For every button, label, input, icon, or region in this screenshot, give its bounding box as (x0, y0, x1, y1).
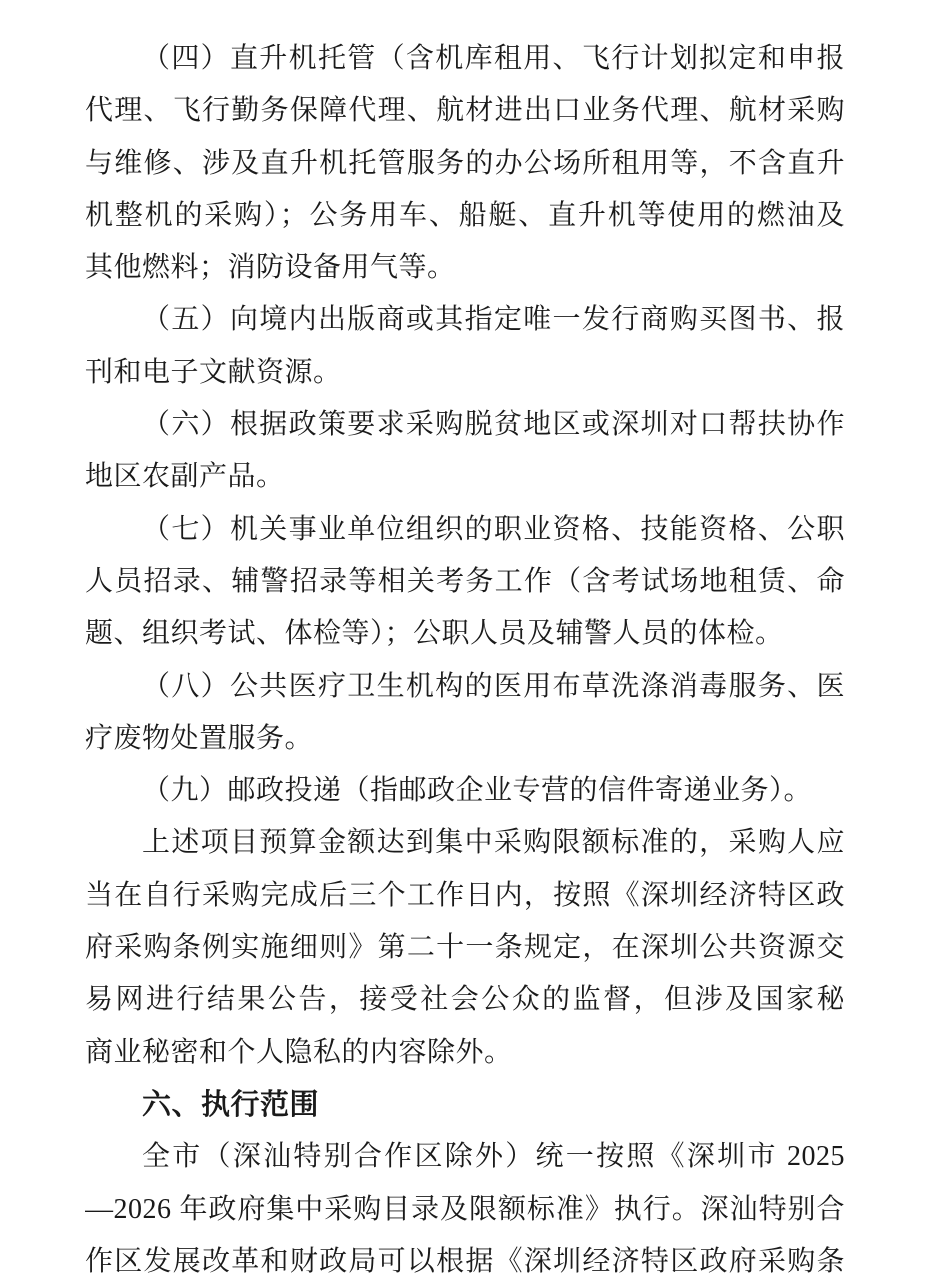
paragraph-line: （六）根据政策要求采购脱贫地区或深圳对口帮扶协作 (85, 399, 845, 451)
paragraph-line: （七）机关事业单位组织的职业资格、技能资格、公职 (85, 504, 845, 556)
paragraph-line: 地区农副产品。 (85, 451, 845, 503)
paragraph-line: 人员招录、辅警招录等相关考务工作（含考试场地租赁、命 (85, 556, 845, 608)
paragraph-line: 刊和电子文献资源。 (85, 347, 845, 399)
paragraph-line: 题、组织考试、体检等）；公职人员及辅警人员的体检。 (85, 608, 845, 660)
paragraph-line: 疗废物处置服务。 (85, 713, 845, 765)
paragraph-line: —2026 年政府集中采购目录及限额标准》执行。深汕特别合 (85, 1184, 845, 1236)
paragraph-line: 与维修、涉及直升机托管服务的办公场所租用等，不含直升 (85, 138, 845, 190)
document-body: （四）直升机托管（含机库租用、飞行计划拟定和申报 代理、飞行勤务保障代理、航材进… (85, 33, 845, 1285)
paragraph-line: （四）直升机托管（含机库租用、飞行计划拟定和申报 (85, 33, 845, 85)
paragraph-line: 机整机的采购）；公务用车、船艇、直升机等使用的燃油及 (85, 190, 845, 242)
paragraph-line: 全市（深汕特别合作区除外）统一按照《深圳市 2025 (85, 1131, 845, 1183)
document-page: （四）直升机托管（含机库租用、飞行计划拟定和申报 代理、飞行勤务保障代理、航材进… (0, 0, 927, 1285)
paragraph-line: 商业秘密和个人隐私的内容除外。 (85, 1027, 845, 1079)
paragraph-line: （八）公共医疗卫生机构的医用布草洗涤消毒服务、医 (85, 661, 845, 713)
section-heading: 六、执行范围 (85, 1079, 845, 1131)
paragraph-line: 府采购条例实施细则》第二十一条规定，在深圳公共资源交 (85, 922, 845, 974)
paragraph-line: 易网进行结果公告，接受社会公众的监督，但涉及国家秘密、 (85, 974, 845, 1026)
paragraph-line: （五）向境内出版商或其指定唯一发行商购买图书、报 (85, 294, 845, 346)
paragraph-line: 当在自行采购完成后三个工作日内，按照《深圳经济特区政 (85, 870, 845, 922)
paragraph-line: 其他燃料；消防设备用气等。 (85, 242, 845, 294)
paragraph-line: 作区发展改革和财政局可以根据《深圳经济特区政府采购条 (85, 1236, 845, 1285)
paragraph-line: 上述项目预算金额达到集中采购限额标准的，采购人应 (85, 817, 845, 869)
paragraph-line: （九）邮政投递（指邮政企业专营的信件寄递业务）。 (85, 765, 845, 817)
paragraph-line: 代理、飞行勤务保障代理、航材进出口业务代理、航材采购 (85, 85, 845, 137)
